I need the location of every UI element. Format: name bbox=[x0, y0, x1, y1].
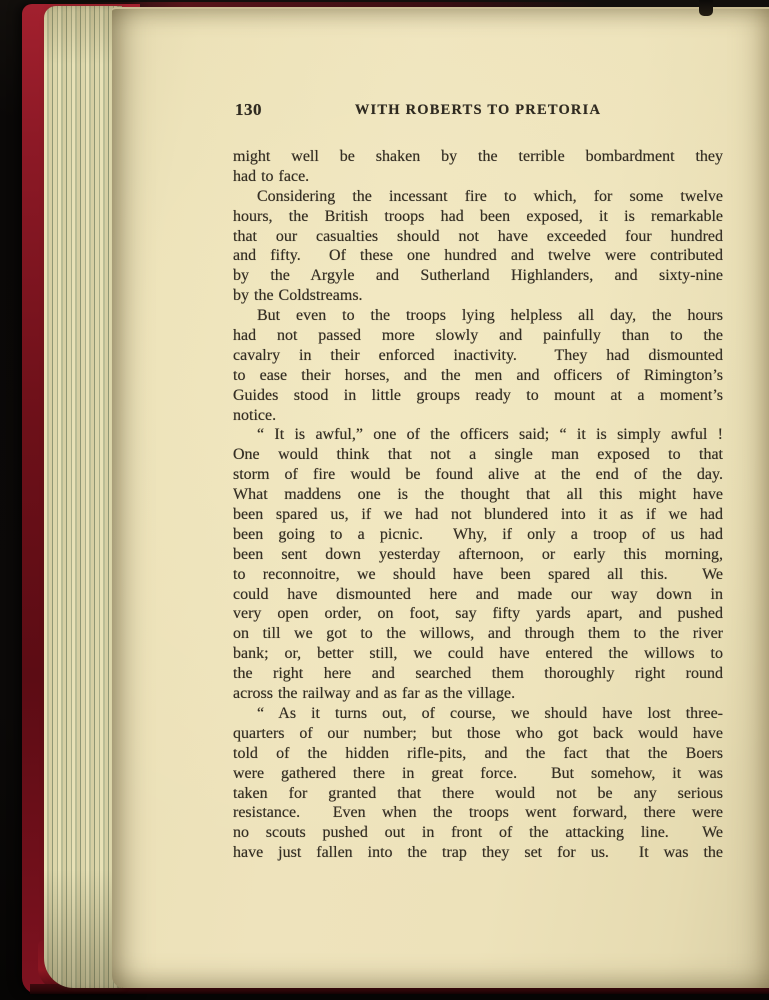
text-line: “ As it turns out, of course, we should … bbox=[233, 704, 723, 724]
running-title: WITH ROBERTS TO PRETORIA bbox=[233, 102, 723, 119]
text-line: But even to the troops lying helpless al… bbox=[233, 306, 723, 326]
text-line: had to face. bbox=[233, 167, 723, 187]
text-line: notice. bbox=[233, 406, 723, 426]
book-page: 130 WITH ROBERTS TO PRETORIA might well … bbox=[112, 7, 769, 988]
text-line: What maddens one is the thought that all… bbox=[233, 485, 723, 505]
text-line: to reconnoitre, we should have been spar… bbox=[233, 565, 723, 585]
text-line: on till we got to the willows, and throu… bbox=[233, 624, 723, 644]
text-line: been spared us, if we had not blundered … bbox=[233, 505, 723, 525]
text-line: One would think that not a single man ex… bbox=[233, 445, 723, 465]
text-line: cavalry in their enforced inactivity. Th… bbox=[233, 346, 723, 366]
text-line: hours, the British troops had been expos… bbox=[233, 207, 723, 227]
text-line: been going to a picnic. Why, if only a t… bbox=[233, 525, 723, 545]
text-line: the right here and searched them thoroug… bbox=[233, 664, 723, 684]
text-line: Considering the incessant fire to which,… bbox=[233, 187, 723, 207]
text-line: resistance. Even when the troops went fo… bbox=[233, 803, 723, 823]
text-line: told of the hidden rifle-pits, and the f… bbox=[233, 744, 723, 764]
text-line: storm of fire would be found alive at th… bbox=[233, 465, 723, 485]
text-line: Guides stood in little groups ready to m… bbox=[233, 386, 723, 406]
text-line: bank; or, better still, we could have en… bbox=[233, 644, 723, 664]
text-line: by the Coldstreams. bbox=[233, 286, 723, 306]
book-photo: 130 WITH ROBERTS TO PRETORIA might well … bbox=[0, 0, 769, 1000]
text-line: were gathered there in great force. But … bbox=[233, 764, 723, 784]
text-line: “ It is awful,” one of the officers said… bbox=[233, 425, 723, 445]
text-line: to ease their horses, and the men and of… bbox=[233, 366, 723, 386]
text-line: quarters of our number; but those who go… bbox=[233, 724, 723, 744]
text-line: that our casualties should not have exce… bbox=[233, 227, 723, 247]
page-fore-edges bbox=[44, 6, 122, 988]
text-line: have just fallen into the trap they set … bbox=[233, 843, 723, 863]
text-line: very open order, on foot, say fifty yard… bbox=[233, 604, 723, 624]
text-line: by the Argyle and Sutherland Highlanders… bbox=[233, 266, 723, 286]
text-line: been sent down yesterday afternoon, or e… bbox=[233, 545, 723, 565]
text-line: taken for granted that there would not b… bbox=[233, 784, 723, 804]
page-header: 130 WITH ROBERTS TO PRETORIA bbox=[233, 100, 723, 122]
text-line: no scouts pushed out in front of the att… bbox=[233, 823, 723, 843]
text-line: across the railway and as far as the vil… bbox=[233, 684, 723, 704]
text-line: and fifty. Of these one hundred and twel… bbox=[233, 246, 723, 266]
page-body: might well be shaken by the terrible bom… bbox=[233, 147, 723, 863]
text-line: had not passed more slowly and painfully… bbox=[233, 326, 723, 346]
text-line: might well be shaken by the terrible bom… bbox=[233, 147, 723, 167]
text-line: could have dismounted here and made our … bbox=[233, 585, 723, 605]
top-clamp bbox=[699, 0, 713, 16]
